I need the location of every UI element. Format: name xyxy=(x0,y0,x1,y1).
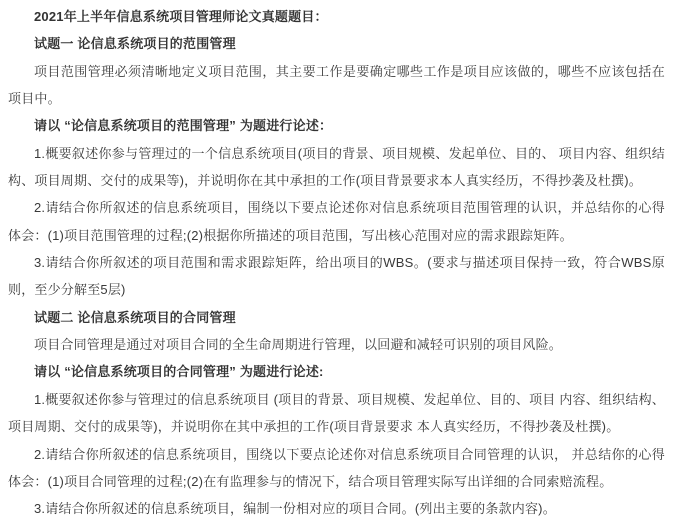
section-2-heading: 试题二 论信息系统项目的合同管理 xyxy=(8,304,665,331)
section-2-intro: 项目合同管理是通过对项目合同的全生命周期进行管理，以回避和减轻可识别的项目风险。 xyxy=(8,331,665,358)
section-1-heading: 试题一 论信息系统项目的范围管理 xyxy=(8,30,665,57)
section-2-prompt: 请以 “论信息系统项目的合同管理” 为题进行论述: xyxy=(8,358,665,385)
document-title: 2021年上半年信息系统项目管理师论文真题题目： xyxy=(8,3,665,30)
section-2-item-2: 2.请结合你所叙述的信息系统项目，围绕以下要点论述你对信息系统项目合同管理的认识… xyxy=(8,441,665,496)
section-1-item-3: 3.请结合你所叙述的项目范围和需求跟踪矩阵，给出项目的WBS。(要求与描述项目保… xyxy=(8,249,665,304)
exam-document: 2021年上半年信息系统项目管理师论文真题题目： 试题一 论信息系统项目的范围管… xyxy=(0,0,674,523)
section-2-item-3: 3.请结合你所叙述的信息系统项目，编制一份相对应的项目合同。(列出主要的条款内容… xyxy=(8,495,665,522)
document-page: { "page": { "background": "#ffffff", "te… xyxy=(0,0,674,530)
section-1-item-1: 1.概要叙述你参与管理过的一个信息系统项目(项目的背景、项目规模、发起单位、目的… xyxy=(8,140,665,195)
section-1-prompt: 请以 “论信息系统项目的范围管理” 为题进行论述： xyxy=(8,112,665,139)
section-1-item-2: 2.请结合你所叙述的信息系统项目，围绕以下要点论述你对信息系统项目范围管理的认识… xyxy=(8,194,665,249)
section-2-item-1: 1.概要叙述你参与管理过的信息系统项目 (项目的背景、项目规模、发起单位、目的、… xyxy=(8,386,665,441)
section-1-intro: 项目范围管理必须清晰地定义项目范围，其主要工作是要确定哪些工作是项目应该做的，哪… xyxy=(8,58,665,113)
